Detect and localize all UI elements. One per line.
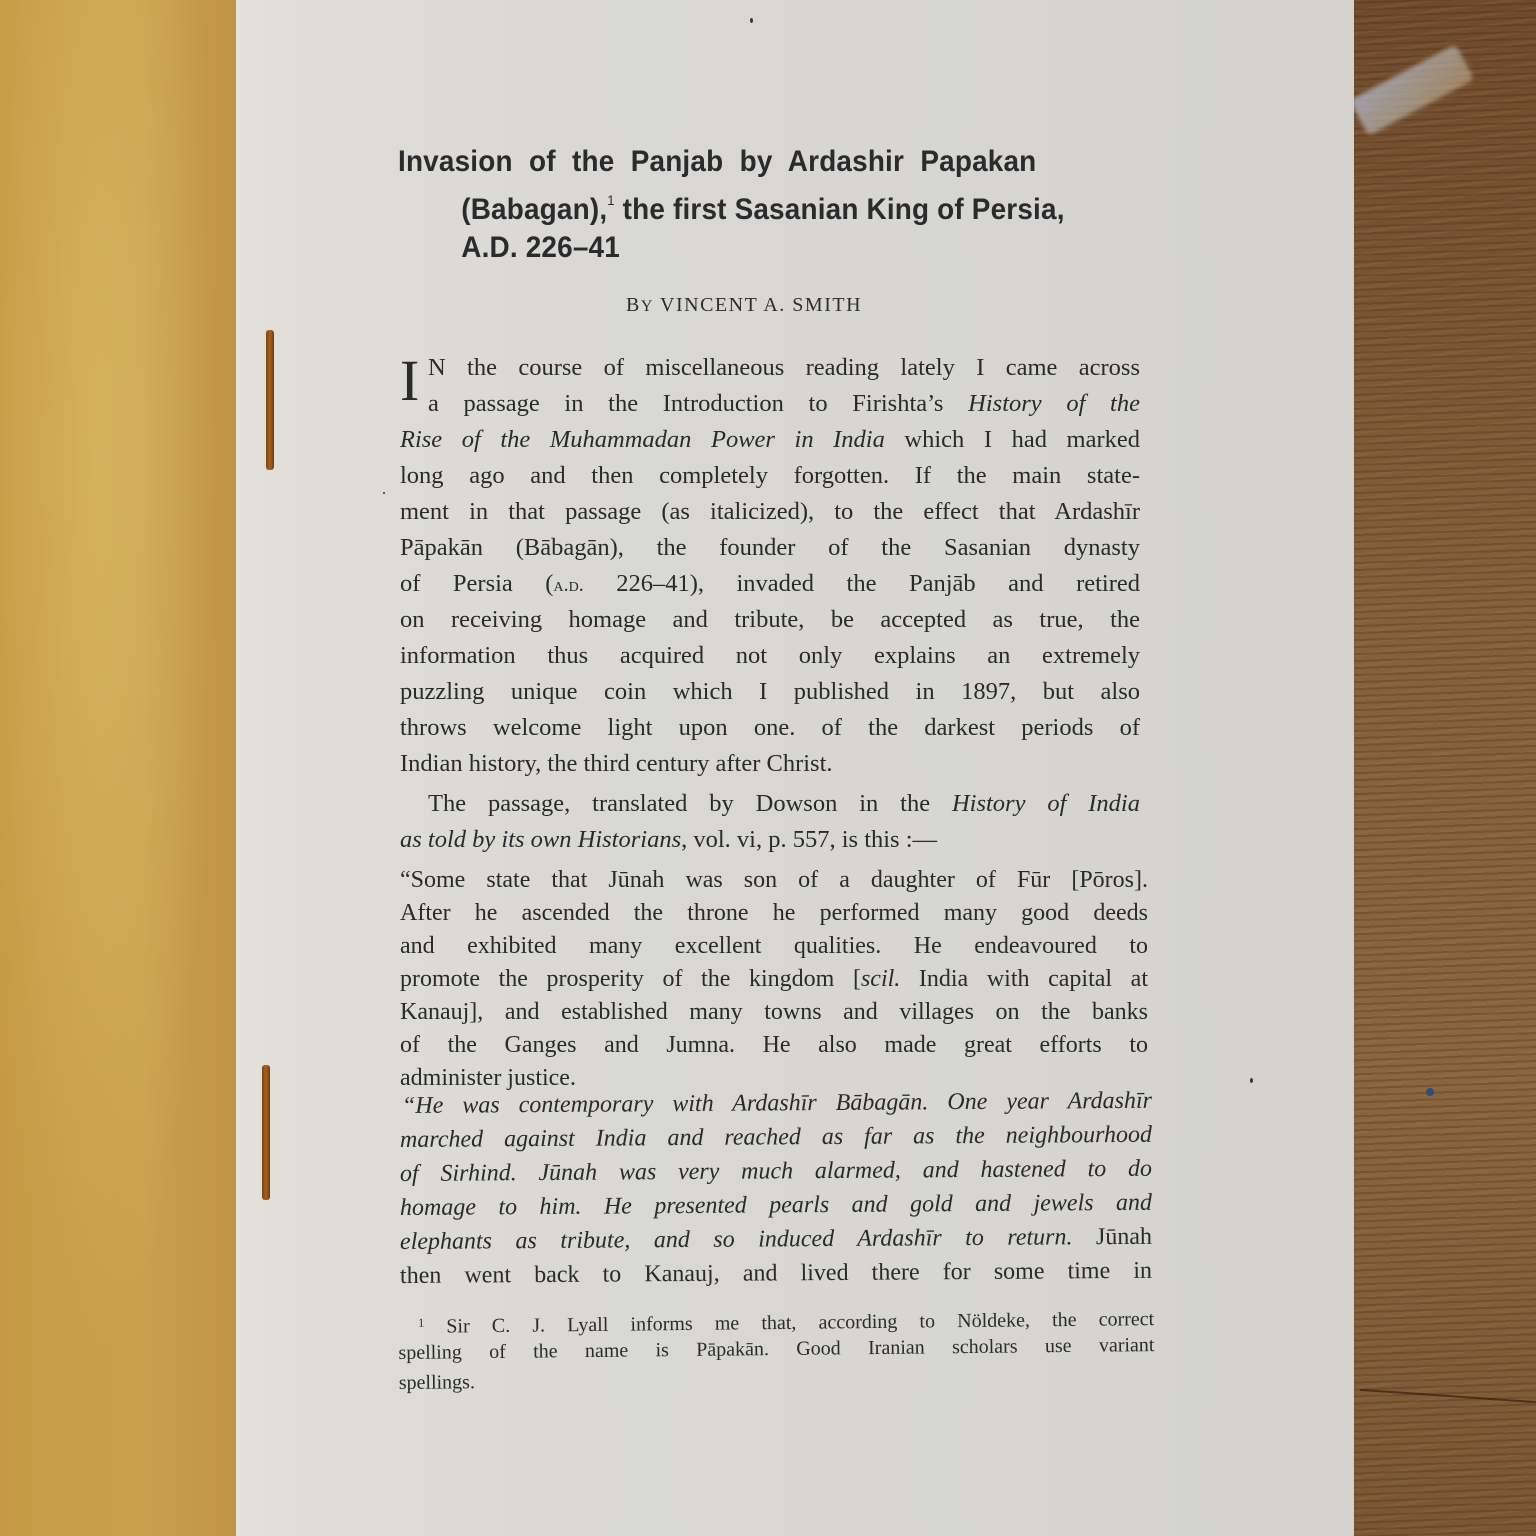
paragraph-2: The passage, translated by Dowson in the… [400,786,1140,858]
article-title: Invasion of the Panjab by Ardashir Papak… [398,143,1091,267]
block-quote-1: “Some state that Jūnah was son of a daug… [400,864,1148,1095]
text-line: then went back to Kanauj, and lived ther… [400,1254,1152,1293]
text-line: on receiving homage and tribute, be acce… [400,602,1140,638]
paragraph-1: N the course of miscellaneous reading la… [400,350,1140,782]
text-line: of Sirhind. Jūnah was very much alarmed,… [400,1152,1152,1191]
paper-speck [383,492,385,494]
text-line: “Some state that Jūnah was son of a daug… [400,864,1148,897]
text-line: marched against India and reached as far… [400,1118,1152,1157]
text-line: as told by its own Historians, vol. vi, … [400,822,1140,858]
text-line: promote the prosperity of the kingdom [s… [400,963,1148,996]
author-name: VINCENT A. SMITH [654,294,862,316]
text-line: Rise of the Muhammadan Power in India wh… [400,422,1140,458]
title-line-1: Invasion of the Panjab by Ardashir Papak… [398,143,1091,181]
block-quote-2-italic: “He was contemporary with Ardashīr Bābag… [400,1089,1152,1293]
text-line: The passage, translated by Dowson in the… [400,786,1140,822]
text-line: of the Ganges and Jumna. He also made gr… [400,1029,1148,1062]
text-line: and exhibited many excellent qualities. … [400,930,1148,963]
text-line: a passage in the Introduction to Firisht… [400,386,1140,422]
table-ink-dot [1426,1088,1434,1096]
text-line: “He was contemporary with Ardashīr Bābag… [400,1084,1152,1123]
footnote: 1 Sir C. J. Lyall informs me that, accor… [398,1300,1155,1398]
text-line: long ago and then completely forgotten. … [400,458,1140,494]
text-line: ment in that passage (as italicized), to… [400,494,1140,530]
text-line: Pāpakān (Bābagān), the founder of the Sa… [400,530,1140,566]
text-line: of Persia (a.d. 226–41), invaded the Pan… [400,566,1140,602]
text-line: N the course of miscellaneous reading la… [400,350,1140,386]
paper-speck [750,18,753,23]
text-line: Indian history, the third century after … [400,746,1140,782]
text-line: information thus acquired not only expla… [400,638,1140,674]
text-line: throws welcome light upon one. of the da… [400,710,1140,746]
text-line: puzzling unique coin which I published i… [400,674,1140,710]
text-line: Kanauj], and established many towns and … [400,996,1148,1029]
paper-speck [1250,1078,1253,1083]
yellow-cover [0,0,240,1536]
title-line-3: A.D. 226–41 [398,229,1091,267]
title-line-2: (Babagan),1 the first Sasanian King of P… [398,181,1091,229]
staple-bottom-icon [262,1065,270,1200]
staple-top-icon [266,330,274,470]
text-line: elephants as tribute, and so induced Ard… [400,1220,1152,1259]
text-line: homage to him. He presented pearls and g… [400,1186,1152,1225]
byline: BY VINCENT A. SMITH [626,294,862,317]
text-line: After he ascended the throne he performe… [400,897,1148,930]
footnote-ref-1: 1 [607,192,614,208]
